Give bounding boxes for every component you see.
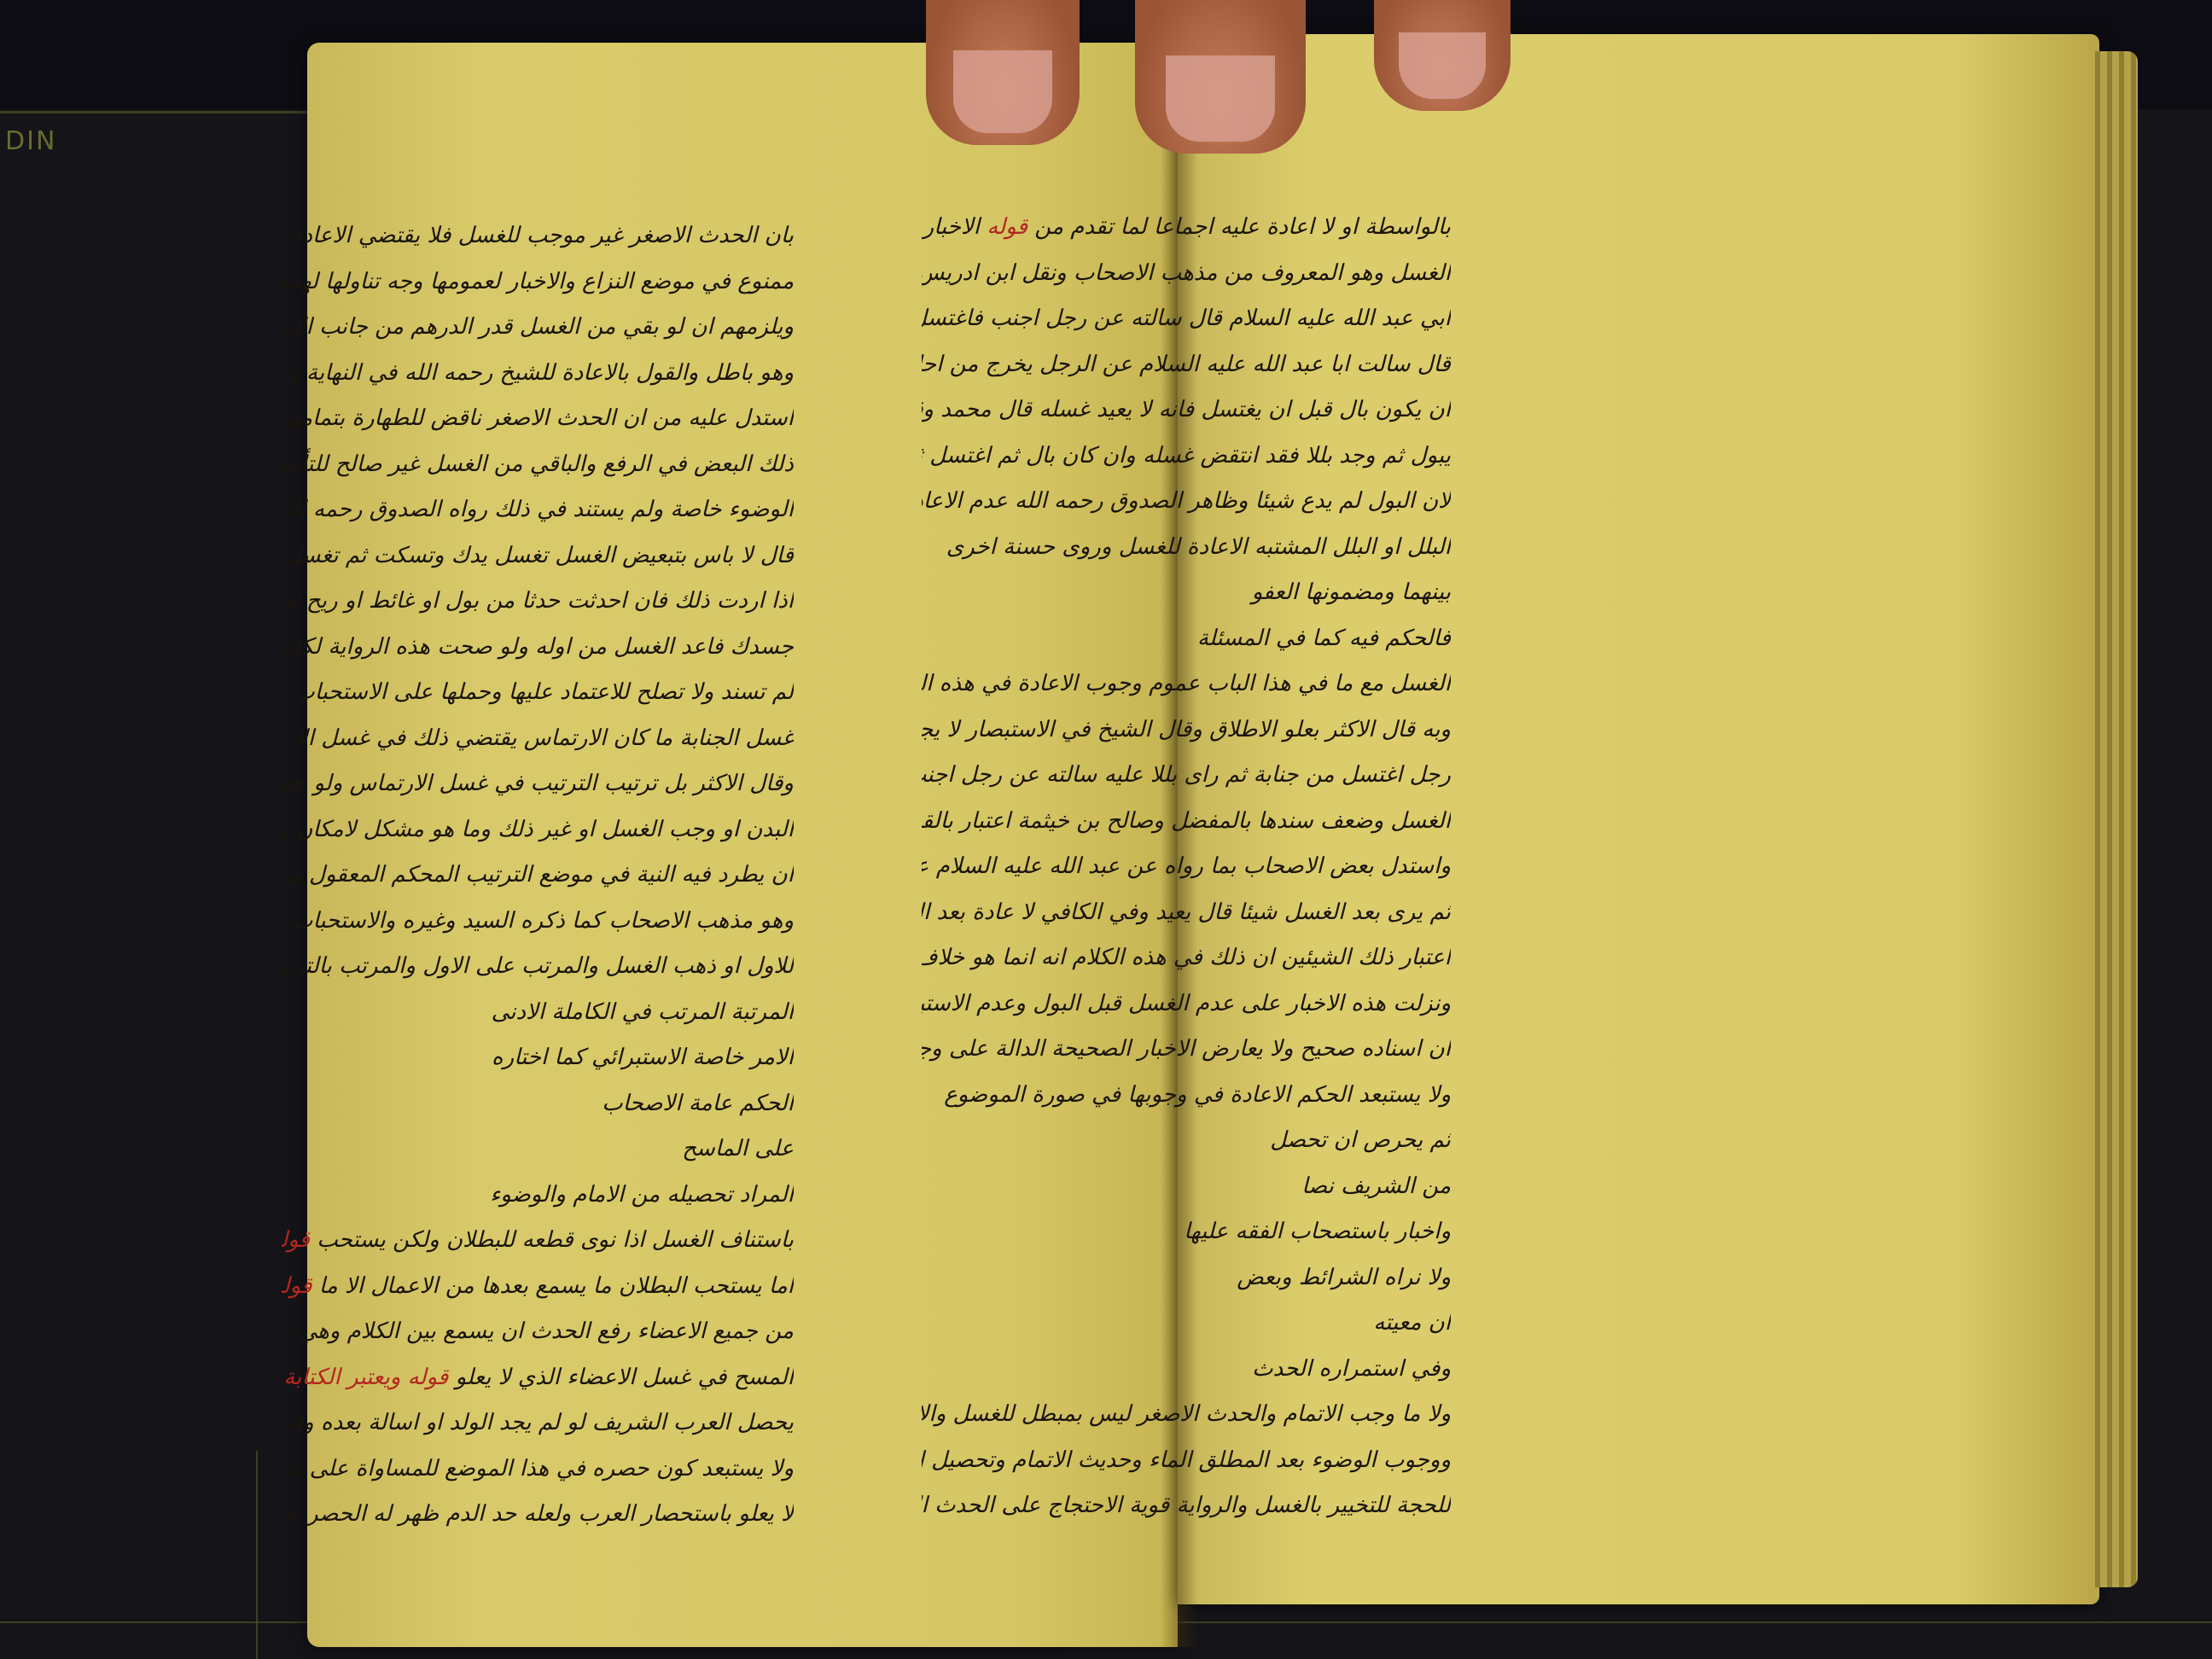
manuscript-line: ثم يحرص ان تحصل bbox=[922, 1118, 1451, 1164]
manuscript-line: ويلزمهم ان لو بقي من الغسل قدر الدرهم من… bbox=[282, 305, 794, 351]
manuscript-line: واستدل بعض الاصحاب بما رواه عن عبد الله … bbox=[922, 844, 1451, 890]
manuscript-line: من الشريف نصا bbox=[922, 1164, 1451, 1210]
manuscript-line: وفي استمراره الحدث bbox=[922, 1347, 1451, 1393]
manuscript-line: فالحكم فيه كما في المسئلة bbox=[922, 616, 1451, 662]
rubric-heading: قوله bbox=[980, 214, 1034, 240]
manuscript-line: ان اسناده صحيح ولا يعارض الاخبار الصحيحة… bbox=[922, 1027, 1451, 1073]
fingernail bbox=[1399, 32, 1486, 99]
rubric-heading: قوله ويعتبر الكتابة bbox=[282, 1365, 456, 1390]
manuscript-line: على الماسح bbox=[282, 1126, 794, 1173]
manuscript-line: قال سالت ابا عبد الله عليه السلام عن الر… bbox=[922, 342, 1451, 388]
manuscript-line: وبه قال الاكثر بعلو الاطلاق وقال الشيخ ف… bbox=[922, 707, 1451, 754]
manuscript-line: بينهما ومضمونها العفو bbox=[922, 570, 1451, 616]
manuscript-line: واخبار باستصحاب الفقه عليها bbox=[922, 1209, 1451, 1255]
manuscript-line: لم تسند ولا تصلح للاعتماد عليها وحملها ع… bbox=[282, 670, 794, 716]
fingernail bbox=[1166, 55, 1275, 142]
manuscript-line: يبول ثم وجد بللا فقد انتقض غسله وان كان … bbox=[922, 434, 1451, 480]
rubric-heading: قوله bbox=[282, 1273, 319, 1299]
manuscript-line: وقال الاكثر بل ترتيب الترتيب في غسل الار… bbox=[282, 761, 794, 807]
manuscript-line: لان البول لم يدع شيئا وظاهر الصدوق رحمه … bbox=[922, 479, 1451, 525]
manuscript-line: ان يكون بال قبل ان يغتسل فانه لا يعيد غس… bbox=[922, 387, 1451, 434]
manuscript-line: استدل عليه من ان الحدث الاصغر ناقض للطها… bbox=[282, 396, 794, 442]
manuscript-line: ابي عبد الله عليه السلام قال سالته عن رج… bbox=[922, 296, 1451, 342]
manuscript-line: اعتبار ذلك الشيئين ان ذلك في هذه الكلام … bbox=[922, 935, 1451, 981]
mat-label: DIN bbox=[5, 126, 56, 156]
page-edges bbox=[2095, 51, 2138, 1587]
manuscript-line: للاول او ذهب الغسل والمرتب على الاول وال… bbox=[282, 944, 794, 990]
manuscript-line: الغسل وهو المعروف من مذهب الاصحاب ونقل ا… bbox=[922, 251, 1451, 297]
manuscript-line: جسدك فاعد الغسل من اوله ولو صحت هذه الرو… bbox=[282, 625, 794, 671]
manuscript-line: البدن او وجب الغسل او غير ذلك وما هو مشك… bbox=[282, 807, 794, 853]
manuscript-line: ونزلت هذه الاخبار على عدم الغسل قبل البو… bbox=[922, 981, 1451, 1027]
mat-grid-line bbox=[256, 1451, 258, 1659]
finger-ring bbox=[1374, 0, 1511, 111]
manuscript-line: باستناف الغسل اذا نوى قطعه للبطلان ولكن … bbox=[282, 1218, 794, 1264]
left-page-text: بان الحدث الاصغر غير موجب للغسل فلا يقتض… bbox=[282, 213, 794, 1538]
mat-grid-line bbox=[0, 111, 324, 114]
manuscript-line: المراد تحصيله من الامام والوضوء bbox=[282, 1173, 794, 1219]
right-page-text: بالواسطة او لا اعادة عليه اجماعا لما تقد… bbox=[922, 205, 1451, 1529]
manuscript-line: بالواسطة او لا اعادة عليه اجماعا لما تقد… bbox=[922, 205, 1451, 251]
manuscript-line: ثم يرى بعد الغسل شيئا قال يعيد وفي الكاف… bbox=[922, 890, 1451, 936]
rubric-heading: قوله bbox=[282, 1227, 317, 1253]
manuscript-line: ووجوب الوضوء بعد المطلق الماء وحديث الات… bbox=[922, 1438, 1451, 1484]
manuscript-line: الحكم عامة الاصحاب bbox=[282, 1081, 794, 1127]
manuscript-line: ان يطرد فيه النية في موضع الترتيب المحكم… bbox=[282, 853, 794, 899]
manuscript-line: ذلك البعض في الرفع والباقي من الغسل غير … bbox=[282, 442, 794, 488]
finger-index bbox=[926, 0, 1080, 145]
manuscript-line: غسل الجنابة ما كان الارتماس يقتضي ذلك في… bbox=[282, 716, 794, 762]
manuscript-line: المسح في غسل الاعضاء الذي لا يعلو قوله و… bbox=[282, 1355, 794, 1401]
manuscript-line: ولا ما وجب الاتمام والحدث الاصغر ليس بمب… bbox=[922, 1392, 1451, 1438]
manuscript-line: الغسل وضعف سندها بالمفضل وصالح بن خيثمة … bbox=[922, 799, 1451, 845]
finger-middle bbox=[1135, 0, 1306, 154]
manuscript-line: اذا اردت ذلك فان احدثت حدثا من بول او غا… bbox=[282, 579, 794, 625]
manuscript-line: ولا نراه الشرائط وبعض bbox=[922, 1255, 1451, 1301]
manuscript-line: قال لا باس بتبعيض الغسل تغسل يدك وتسكت ث… bbox=[282, 533, 794, 579]
fingernail bbox=[953, 50, 1051, 133]
manuscript-line: وهو باطل والقول بالاعادة للشيخ رحمه الله… bbox=[282, 351, 794, 397]
manuscript-line: بان الحدث الاصغر غير موجب للغسل فلا يقتض… bbox=[282, 213, 794, 259]
manuscript-line: الغسل مع ما في هذا الباب عموم وجوب الاعا… bbox=[922, 661, 1451, 707]
manuscript-line: وهو مذهب الاصحاب كما ذكره السيد وغيره وا… bbox=[282, 899, 794, 945]
manuscript-line: الوضوء خاصة ولم يستند في ذلك رواه الصدوق… bbox=[282, 487, 794, 533]
manuscript-line: للحجة للتخيير بالغسل والرواية قوية الاحت… bbox=[922, 1483, 1451, 1529]
manuscript-line: ولا يستبعد الحكم الاعادة في وجوبها في صو… bbox=[922, 1073, 1451, 1119]
manuscript-line: الامر خاصة الاستبرائي كما اختاره bbox=[282, 1035, 794, 1081]
manuscript-line: يحصل العرب الشريف لو لم يجد الولد او اسا… bbox=[282, 1400, 794, 1447]
manuscript-line: ممنوع في موضع النزاع والاخبار لعمومها وج… bbox=[282, 259, 794, 306]
manuscript-line: اما يستحب البطلان ما يسمع بعدها من الاعم… bbox=[282, 1264, 794, 1310]
manuscript-line: ان معيته bbox=[922, 1301, 1451, 1347]
manuscript-line: ولا يستبعد كون حصره في هذا الموضع للمساو… bbox=[282, 1447, 794, 1493]
manuscript-line: المرتبة المرتب في الكاملة الادنى bbox=[282, 990, 794, 1036]
manuscript-line: من جميع الاعضاء رفع الحدث ان يسمع بين ال… bbox=[282, 1309, 794, 1355]
manuscript-line: البلل او البلل المشتبه الاعادة للغسل ورو… bbox=[922, 525, 1451, 571]
manuscript-line: لا يعلو باستحصار العرب ولعله حد الدم ظهر… bbox=[282, 1492, 794, 1538]
manuscript-line: رجل اغتسل من جنابة ثم راى بللا عليه سالت… bbox=[922, 753, 1451, 799]
